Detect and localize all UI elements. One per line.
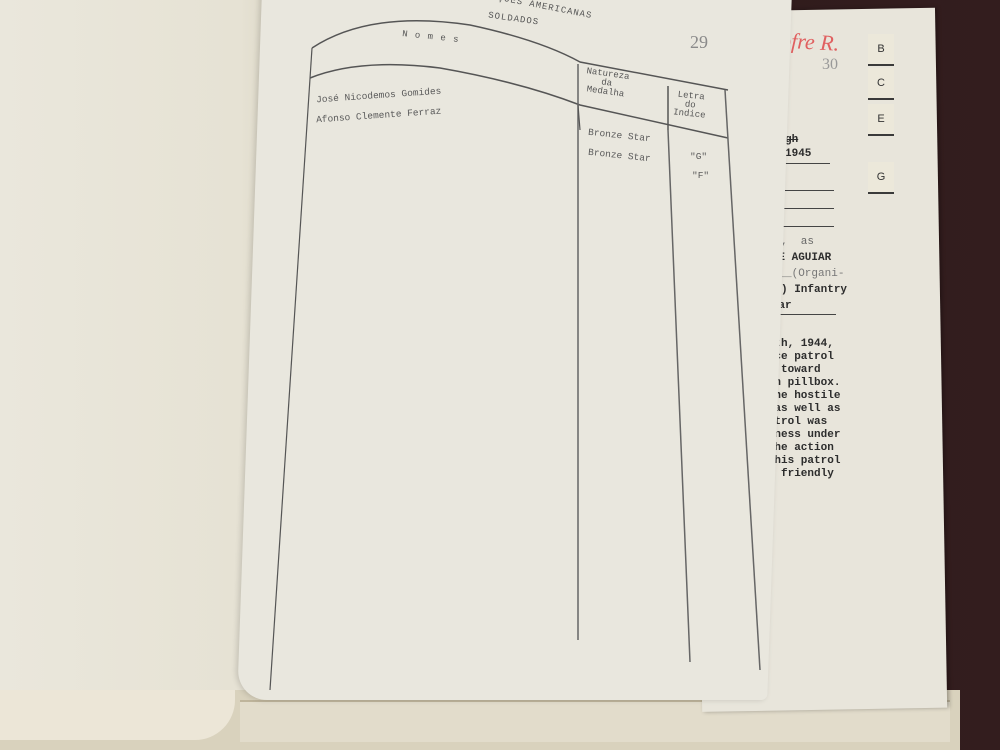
pencil-page-number: 29: [690, 32, 708, 53]
column-header-medal: Natureza da Medalha: [583, 67, 630, 100]
column-header-index: Letra do Indice: [673, 90, 708, 120]
medal-roster-content: ÇÕES AMERICANAS SOLDADOS 29 N o m e s Na…: [0, 0, 1000, 750]
row-index-1: "G": [690, 151, 707, 162]
table-rules: [0, 0, 1000, 750]
row-index-2: "F": [692, 170, 709, 181]
